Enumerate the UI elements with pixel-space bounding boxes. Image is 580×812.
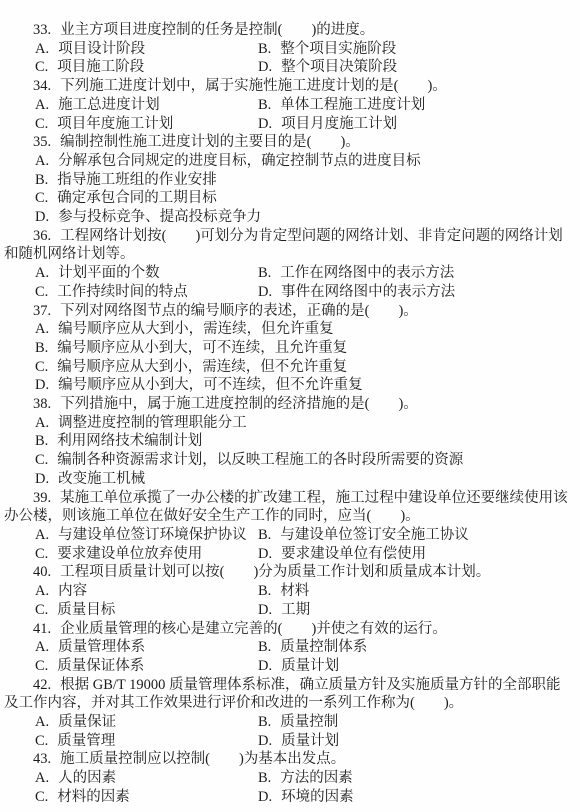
options-group: A.人的因素B.方法的因素C.材料的因素D.环境的因素: [4, 769, 574, 806]
option-row: A.人的因素B.方法的因素: [35, 769, 574, 788]
option-text: 整个项目决策阶段: [281, 59, 397, 75]
option: C.确定承包合同的工期目标: [35, 189, 574, 208]
option-text: 指导施工班组的作业安排: [57, 172, 217, 188]
option-label: D.: [258, 546, 272, 562]
option-text: 质量管理体系: [58, 639, 145, 655]
question-text: 编制控制性施工进度计划的主要目的是( )。: [60, 134, 360, 150]
option-label: A.: [35, 415, 49, 431]
option-text: 质量控制体系: [280, 639, 367, 655]
option: B.方法的因素: [258, 769, 574, 788]
option-label: D.: [35, 209, 49, 225]
option-text: 质量计划: [281, 658, 339, 674]
option-label: A.: [35, 583, 49, 599]
options-group: A.施工总进度计划B.单体工程施工进度计划C.项目年度施工计划D.项目月度施工计…: [4, 96, 574, 133]
option-label: A.: [35, 41, 49, 57]
question-line: 33.业主方项目进度控制的任务是控制( )的进度。: [4, 21, 574, 40]
option-text: 质量控制: [280, 714, 338, 730]
question-text: 某施工单位承揽了一办公楼的扩改建工程，施工过程中建设单位还要继续使用该办公楼，则…: [4, 490, 568, 525]
option-row: C.质量管理D.质量计划: [35, 732, 574, 751]
option-label: D.: [258, 59, 272, 75]
option: A.分解承包合同规定的进度目标，确定控制节点的进度目标: [35, 152, 574, 171]
option-label: B.: [258, 639, 271, 655]
option: C.工作持续时间的特点: [35, 283, 258, 302]
option-label: D.: [35, 377, 49, 393]
option-text: 方法的因素: [280, 770, 353, 786]
option: B.与建设单位签订安全施工协议: [258, 526, 574, 545]
option-text: 计划平面的个数: [58, 265, 160, 281]
option-label: D.: [258, 284, 272, 300]
option: A.质量保证: [35, 713, 258, 732]
options-group: A.质量管理体系B.质量控制体系C.质量保证体系D.质量计划: [4, 638, 574, 675]
question-block: 34.下列施工进度计划中，属于实施性施工进度计划的是( )。 A.施工总进度计划…: [4, 77, 574, 133]
option-label: B.: [258, 265, 271, 281]
option-row: A.项目设计阶段B.整个项目实施阶段: [35, 40, 574, 59]
option-label: B.: [35, 172, 48, 188]
option: D.工期: [258, 601, 574, 620]
option: C.项目年度施工计划: [35, 115, 258, 134]
option-text: 质量保证: [58, 714, 116, 730]
option-label: B.: [258, 583, 271, 599]
option-text: 编号顺序应从小到大，可不连续，且允许重复: [57, 340, 347, 356]
option-text: 工作在网络图中的表示方法: [280, 265, 454, 281]
question-number: 42.: [33, 677, 51, 693]
option-label: C.: [35, 733, 48, 749]
option: A.调整进度控制的管理职能分工: [35, 414, 574, 433]
options-group: A.计划平面的个数B.工作在网络图中的表示方法C.工作持续时间的特点D.事件在网…: [4, 264, 574, 301]
option: B.工作在网络图中的表示方法: [258, 264, 574, 283]
option: B.整个项目实施阶段: [258, 40, 574, 59]
option-label: D.: [258, 116, 272, 132]
option: D.整个项目决策阶段: [258, 58, 574, 77]
option: B.编号顺序应从小到大，可不连续，且允许重复: [35, 339, 574, 358]
option-text: 利用网络技术编制计划: [57, 433, 202, 449]
options-group: A.分解承包合同规定的进度目标，确定控制节点的进度目标B.指导施工班组的作业安排…: [4, 152, 574, 227]
option: C.质量保证体系: [35, 657, 258, 676]
option-row: C.项目年度施工计划D.项目月度施工计划: [35, 115, 574, 134]
option-row: A.计划平面的个数B.工作在网络图中的表示方法: [35, 264, 574, 283]
option-text: 内容: [58, 583, 87, 599]
options-group: A.项目设计阶段B.整个项目实施阶段C.项目施工阶段D.整个项目决策阶段: [4, 40, 574, 77]
question-number: 34.: [33, 78, 51, 94]
question-line: 42.根据 GB/T 19000 质量管理体系标准，确立质量方针及实施质量方针的…: [4, 676, 574, 713]
option-text: 与建设单位签订环境保护协议: [58, 527, 247, 543]
option-label: C.: [35, 190, 48, 206]
option: D.参与投标竞争、提高投标竞争力: [35, 208, 574, 227]
question-line: 34.下列施工进度计划中，属于实施性施工进度计划的是( )。: [4, 77, 574, 96]
option: C.材料的因素: [35, 788, 258, 807]
option-row: A.内容B.材料: [35, 582, 574, 601]
question-number: 41.: [33, 621, 51, 637]
question-block: 40.工程项目质量计划可以按( )分为质量工作计划和质量成本计划。 A.内容B.…: [4, 563, 574, 619]
option: D.项目月度施工计划: [258, 115, 574, 134]
option: D.改变施工机械: [35, 470, 574, 489]
option-row: C.要求建设单位放弃使用D.要求建设单位有偿使用: [35, 545, 574, 564]
question-text: 工程网络计划按( )可划分为肯定型问题的网络计划、非肯定问题的网络计划和随机网络…: [4, 228, 563, 263]
option-row: C.工作持续时间的特点D.事件在网络图中的表示方法: [35, 283, 574, 302]
option-text: 事件在网络图中的表示方法: [281, 284, 455, 300]
option-text: 质量管理: [57, 733, 115, 749]
option-row: C.项目施工阶段D.整个项目决策阶段: [35, 58, 574, 77]
option-label: B.: [258, 97, 271, 113]
option-label: C.: [35, 359, 48, 375]
question-text: 下列措施中，属于施工进度控制的经济措施的是( )。: [60, 396, 418, 412]
option-label: B.: [258, 770, 271, 786]
question-text: 下列对网络图节点的编号顺序的表述，正确的是( )。: [60, 303, 418, 319]
option: C.项目施工阶段: [35, 58, 258, 77]
option: B.指导施工班组的作业安排: [35, 171, 574, 190]
question-block: 43.施工质量控制应以控制( )为基本出发点。 A.人的因素B.方法的因素C.材…: [4, 750, 574, 806]
option-text: 工期: [281, 602, 310, 618]
option-label: C.: [35, 452, 48, 468]
questions-container: 33.业主方项目进度控制的任务是控制( )的进度。 A.项目设计阶段B.整个项目…: [4, 21, 574, 807]
question-text: 施工质量控制应以控制( )为基本出发点。: [60, 751, 345, 767]
question-block: 37.下列对网络图节点的编号顺序的表述，正确的是( )。 A.编号顺序应从大到小…: [4, 302, 574, 396]
option-label: B.: [258, 527, 271, 543]
option-label: D.: [258, 733, 272, 749]
option: D.编号顺序应从小到大，可不连续，但不允许重复: [35, 376, 574, 395]
question-number: 38.: [33, 396, 51, 412]
option: C.质量管理: [35, 732, 258, 751]
option-label: D.: [258, 789, 272, 805]
option-label: D.: [35, 471, 49, 487]
option: D.事件在网络图中的表示方法: [258, 283, 574, 302]
option-label: B.: [258, 41, 271, 57]
options-group: A.编号顺序应从大到小，需连续，但允许重复B.编号顺序应从小到大，可不连续，且允…: [4, 320, 574, 395]
question-line: 41.企业质量管理的核心是建立完善的( )并使之有效的运行。: [4, 620, 574, 639]
option-text: 环境的因素: [281, 789, 354, 805]
options-group: A.内容B.材料C.质量目标D.工期: [4, 582, 574, 619]
option-label: A.: [35, 321, 49, 337]
option-label: B.: [35, 433, 48, 449]
option: A.内容: [35, 582, 258, 601]
question-number: 40.: [33, 564, 51, 580]
option: D.环境的因素: [258, 788, 574, 807]
question-text: 根据 GB/T 19000 质量管理体系标准，确立质量方针及实施质量方针的全部职…: [4, 677, 561, 712]
option-row: C.质量保证体系D.质量计划: [35, 657, 574, 676]
option-text: 材料: [280, 583, 309, 599]
question-number: 39.: [33, 490, 51, 506]
option-row: C.质量目标D.工期: [35, 601, 574, 620]
option-label: B.: [258, 714, 271, 730]
option-label: A.: [35, 639, 49, 655]
option-text: 工作持续时间的特点: [57, 284, 188, 300]
question-block: 38.下列措施中，属于施工进度控制的经济措施的是( )。 A.调整进度控制的管理…: [4, 395, 574, 489]
option-text: 项目年度施工计划: [57, 116, 173, 132]
option-text: 人的因素: [58, 770, 116, 786]
option-label: A.: [35, 153, 49, 169]
option-text: 编号顺序应从小到大，可不连续，但不允许重复: [58, 377, 363, 393]
question-text: 业主方项目进度控制的任务是控制( )的进度。: [60, 22, 374, 38]
option-text: 材料的因素: [57, 789, 130, 805]
option-row: A.施工总进度计划B.单体工程施工进度计划: [35, 96, 574, 115]
option-row: C.材料的因素D.环境的因素: [35, 788, 574, 807]
option-text: 要求建设单位有偿使用: [281, 546, 426, 562]
option-row: A.与建设单位签订环境保护协议B.与建设单位签订安全施工协议: [35, 526, 574, 545]
option-text: 项目施工阶段: [57, 59, 144, 75]
question-block: 39.某施工单位承揽了一办公楼的扩改建工程，施工过程中建设单位还要继续使用该办公…: [4, 489, 574, 564]
option-text: 项目月度施工计划: [281, 116, 397, 132]
option-text: 整个项目实施阶段: [280, 41, 396, 57]
question-line: 43.施工质量控制应以控制( )为基本出发点。: [4, 750, 574, 769]
option: A.施工总进度计划: [35, 96, 258, 115]
option-text: 分解承包合同规定的进度目标，确定控制节点的进度目标: [58, 153, 421, 169]
option-label: C.: [35, 602, 48, 618]
question-block: 36.工程网络计划按( )可划分为肯定型问题的网络计划、非肯定问题的网络计划和随…: [4, 227, 574, 302]
option: B.材料: [258, 582, 574, 601]
option: A.质量管理体系: [35, 638, 258, 657]
option: B.质量控制体系: [258, 638, 574, 657]
option: A.编号顺序应从大到小，需连续，但允许重复: [35, 320, 574, 339]
question-text: 企业质量管理的核心是建立完善的( )并使之有效的运行。: [60, 621, 447, 637]
question-block: 41.企业质量管理的核心是建立完善的( )并使之有效的运行。 A.质量管理体系B…: [4, 620, 574, 676]
option-label: A.: [35, 97, 49, 113]
question-number: 36.: [33, 228, 51, 244]
option-text: 调整进度控制的管理职能分工: [58, 415, 247, 431]
option-label: A.: [35, 265, 49, 281]
question-line: 40.工程项目质量计划可以按( )分为质量工作计划和质量成本计划。: [4, 563, 574, 582]
option-text: 质量计划: [281, 733, 339, 749]
question-line: 38.下列措施中，属于施工进度控制的经济措施的是( )。: [4, 395, 574, 414]
option-row: A.质量管理体系B.质量控制体系: [35, 638, 574, 657]
exam-paper-page: 33.业主方项目进度控制的任务是控制( )的进度。 A.项目设计阶段B.整个项目…: [0, 0, 580, 812]
option: A.与建设单位签订环境保护协议: [35, 526, 258, 545]
option-text: 参与投标竞争、提高投标竞争力: [58, 209, 261, 225]
question-line: 36.工程网络计划按( )可划分为肯定型问题的网络计划、非肯定问题的网络计划和随…: [4, 227, 574, 264]
option: B.单体工程施工进度计划: [258, 96, 574, 115]
option: C.质量目标: [35, 601, 258, 620]
option: A.人的因素: [35, 769, 258, 788]
options-group: A.质量保证B.质量控制C.质量管理D.质量计划: [4, 713, 574, 750]
question-block: 33.业主方项目进度控制的任务是控制( )的进度。 A.项目设计阶段B.整个项目…: [4, 21, 574, 77]
question-number: 35.: [33, 134, 51, 150]
option-label: D.: [258, 658, 272, 674]
option-text: 质量目标: [57, 602, 115, 618]
option-text: 施工总进度计划: [58, 97, 160, 113]
option-label: C.: [35, 789, 48, 805]
option-label: C.: [35, 59, 48, 75]
option: D.要求建设单位有偿使用: [258, 545, 574, 564]
option-text: 单体工程施工进度计划: [280, 97, 425, 113]
option-text: 与建设单位签订安全施工协议: [280, 527, 469, 543]
question-block: 35.编制控制性施工进度计划的主要目的是( )。 A.分解承包合同规定的进度目标…: [4, 133, 574, 227]
option-text: 确定承包合同的工期目标: [57, 190, 217, 206]
option-row: A.质量保证B.质量控制: [35, 713, 574, 732]
option-label: C.: [35, 116, 48, 132]
option-label: A.: [35, 527, 49, 543]
options-group: A.调整进度控制的管理职能分工B.利用网络技术编制计划C.编制各种资源需求计划，…: [4, 414, 574, 489]
question-number: 43.: [33, 751, 51, 767]
option-label: C.: [35, 546, 48, 562]
question-line: 35.编制控制性施工进度计划的主要目的是( )。: [4, 133, 574, 152]
option-label: A.: [35, 714, 49, 730]
option-label: B.: [35, 340, 48, 356]
option: A.项目设计阶段: [35, 40, 258, 59]
question-line: 39.某施工单位承揽了一办公楼的扩改建工程，施工过程中建设单位还要继续使用该办公…: [4, 489, 574, 526]
option-text: 项目设计阶段: [58, 41, 145, 57]
option: C.要求建设单位放弃使用: [35, 545, 258, 564]
question-number: 33.: [33, 22, 51, 38]
option: D.质量计划: [258, 657, 574, 676]
option-label: C.: [35, 658, 48, 674]
question-block: 42.根据 GB/T 19000 质量管理体系标准，确立质量方针及实施质量方针的…: [4, 676, 574, 751]
option-text: 编号顺序应从大到小，需连续，但不允许重复: [57, 359, 347, 375]
option-label: D.: [258, 602, 272, 618]
option-label: A.: [35, 770, 49, 786]
options-group: A.与建设单位签订环境保护协议B.与建设单位签订安全施工协议C.要求建设单位放弃…: [4, 526, 574, 563]
question-text: 下列施工进度计划中，属于实施性施工进度计划的是( )。: [60, 78, 447, 94]
question-text: 工程项目质量计划可以按( )分为质量工作计划和质量成本计划。: [60, 564, 490, 580]
question-number: 37.: [33, 303, 51, 319]
option-text: 编制各种资源需求计划，以反映工程施工的各时段所需要的资源: [57, 452, 463, 468]
option: C.编制各种资源需求计划，以反映工程施工的各时段所需要的资源: [35, 451, 574, 470]
option: B.利用网络技术编制计划: [35, 432, 574, 451]
option-text: 质量保证体系: [57, 658, 144, 674]
option-text: 改变施工机械: [58, 471, 145, 487]
option: D.质量计划: [258, 732, 574, 751]
question-line: 37.下列对网络图节点的编号顺序的表述，正确的是( )。: [4, 302, 574, 321]
option-text: 要求建设单位放弃使用: [57, 546, 202, 562]
option: B.质量控制: [258, 713, 574, 732]
option-text: 编号顺序应从大到小，需连续，但允许重复: [58, 321, 334, 337]
option-label: C.: [35, 284, 48, 300]
option: C.编号顺序应从大到小，需连续，但不允许重复: [35, 358, 574, 377]
option: A.计划平面的个数: [35, 264, 258, 283]
